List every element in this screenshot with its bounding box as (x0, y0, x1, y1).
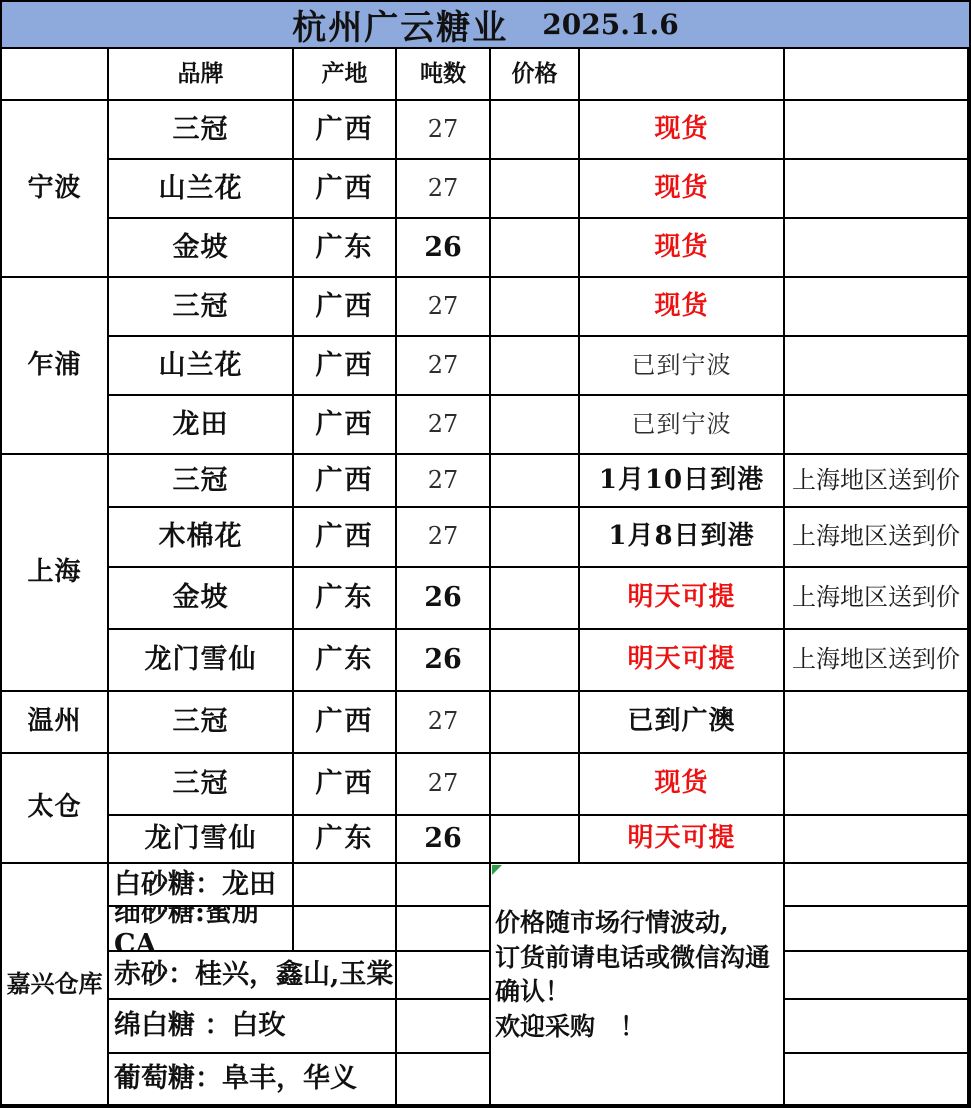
origin-cell: 广西 (294, 754, 397, 816)
status-cell: 已到广澳 (580, 692, 785, 754)
brand-cell: 龙门雪仙 (109, 630, 294, 692)
tons-cell: 26 (397, 630, 491, 692)
origin-cell: 广西 (294, 396, 397, 455)
header-status-empty (580, 49, 785, 101)
warehouse-item: 赤砂：桂兴，鑫山,玉棠 (109, 952, 397, 1000)
location-jiaxing-warehouse: 嘉兴仓库 (2, 864, 109, 1106)
brand-cell: 三冠 (109, 101, 294, 160)
note-cell (785, 816, 969, 864)
tons-cell: 27 (397, 337, 491, 396)
price-cell-empty (491, 101, 580, 160)
price-cell-empty (491, 337, 580, 396)
price-cell-empty (491, 568, 580, 630)
empty-cell (294, 864, 397, 907)
note-cell (785, 160, 969, 219)
header-origin: 产地 (294, 49, 397, 101)
brand-cell: 三冠 (109, 692, 294, 754)
origin-cell: 广西 (294, 101, 397, 160)
notice-cell: 价格随市场行情波动, 订货前请电话或微信沟通确认！ 欢迎采购 ！ (491, 864, 785, 1106)
status-cell: 1月10日到港 (580, 455, 785, 508)
empty-cell (294, 907, 397, 952)
price-sheet: 杭州广云糖业 2025.1.6 品牌 产地 吨数 价格 宁波 乍浦 上海 温州 … (0, 0, 971, 1108)
title-bar: 杭州广云糖业 2025.1.6 (2, 2, 969, 49)
origin-cell: 广东 (294, 568, 397, 630)
price-cell-empty (491, 219, 580, 278)
brand-cell: 木棉花 (109, 508, 294, 568)
status-cell: 已到宁波 (580, 396, 785, 455)
price-cell-empty (491, 816, 580, 864)
status-cell: 明天可提 (580, 568, 785, 630)
note-cell (785, 278, 969, 337)
empty-cell (397, 1000, 491, 1054)
price-cell-empty (491, 455, 580, 508)
brand-cell: 金坡 (109, 219, 294, 278)
brand-cell: 三冠 (109, 754, 294, 816)
note-cell: 上海地区送到价 (785, 455, 969, 508)
origin-cell: 广西 (294, 160, 397, 219)
brand-cell: 龙门雪仙 (109, 816, 294, 864)
header-price: 价格 (491, 49, 580, 101)
note-cell (785, 101, 969, 160)
tons-cell: 26 (397, 816, 491, 864)
empty-cell (785, 864, 969, 907)
origin-cell: 广东 (294, 630, 397, 692)
note-cell: 上海地区送到价 (785, 508, 969, 568)
status-cell: 现货 (580, 278, 785, 337)
company-title: 杭州广云糖业 (292, 0, 508, 49)
header-location-empty (2, 49, 109, 101)
note-cell (785, 754, 969, 816)
origin-cell: 广西 (294, 337, 397, 396)
tons-cell: 27 (397, 508, 491, 568)
warehouse-item: 绵白糖 ：白玫 (109, 1000, 397, 1054)
price-cell-empty (491, 630, 580, 692)
origin-cell: 广西 (294, 278, 397, 337)
tons-cell: 26 (397, 219, 491, 278)
location-zhapu: 乍浦 (2, 278, 109, 455)
location-taicang: 太仓 (2, 754, 109, 864)
price-cell-empty (491, 278, 580, 337)
origin-cell: 广东 (294, 219, 397, 278)
brand-cell: 龙田 (109, 396, 294, 455)
excel-error-triangle-icon (492, 865, 502, 875)
price-cell-empty (491, 508, 580, 568)
brand-cell: 金坡 (109, 568, 294, 630)
empty-cell (785, 1000, 969, 1054)
status-cell: 现货 (580, 101, 785, 160)
empty-cell (397, 907, 491, 952)
status-cell: 现货 (580, 219, 785, 278)
empty-cell (785, 952, 969, 1000)
notice-line: 价格随市场行情波动, (495, 906, 729, 941)
price-cell-empty (491, 692, 580, 754)
notice-line: 欢迎采购 ！ (495, 1010, 645, 1045)
brand-cell: 三冠 (109, 278, 294, 337)
note-cell: 上海地区送到价 (785, 568, 969, 630)
header-note-empty (785, 49, 969, 101)
empty-cell (397, 952, 491, 1000)
tons-cell: 27 (397, 278, 491, 337)
tons-cell: 27 (397, 692, 491, 754)
origin-cell: 广东 (294, 816, 397, 864)
location-wenzhou: 温州 (2, 692, 109, 754)
tons-cell: 27 (397, 455, 491, 508)
status-cell: 现货 (580, 754, 785, 816)
status-cell: 已到宁波 (580, 337, 785, 396)
note-cell (785, 337, 969, 396)
notice-line: 订货前请电话或微信沟通确认！ (495, 941, 781, 1010)
note-cell (785, 692, 969, 754)
warehouse-item: 白砂糖：龙田 (109, 864, 294, 907)
origin-cell: 广西 (294, 692, 397, 754)
location-shanghai: 上海 (2, 455, 109, 692)
empty-cell (397, 864, 491, 907)
status-cell: 明天可提 (580, 630, 785, 692)
header-tons: 吨数 (397, 49, 491, 101)
note-cell: 上海地区送到价 (785, 630, 969, 692)
sheet-date: 2025.1.6 (542, 8, 678, 41)
brand-cell: 山兰花 (109, 160, 294, 219)
tons-cell: 27 (397, 754, 491, 816)
warehouse-item: 葡萄糖：阜丰，华义 (109, 1054, 397, 1106)
price-cell-empty (491, 160, 580, 219)
status-cell: 明天可提 (580, 816, 785, 864)
status-cell: 现货 (580, 160, 785, 219)
tons-cell: 27 (397, 396, 491, 455)
empty-cell (785, 907, 969, 952)
brand-cell: 三冠 (109, 455, 294, 508)
header-brand: 品牌 (109, 49, 294, 101)
note-cell (785, 219, 969, 278)
location-ningbo: 宁波 (2, 101, 109, 278)
status-cell: 1月8日到港 (580, 508, 785, 568)
tons-cell: 27 (397, 101, 491, 160)
note-cell (785, 396, 969, 455)
brand-cell: 山兰花 (109, 337, 294, 396)
tons-cell: 26 (397, 568, 491, 630)
price-cell-empty (491, 754, 580, 816)
empty-cell (785, 1054, 969, 1106)
price-cell-empty (491, 396, 580, 455)
empty-cell (397, 1054, 491, 1106)
tons-cell: 27 (397, 160, 491, 219)
warehouse-item: 细砂糖:蜜朋CA (109, 907, 294, 952)
origin-cell: 广西 (294, 508, 397, 568)
origin-cell: 广西 (294, 455, 397, 508)
